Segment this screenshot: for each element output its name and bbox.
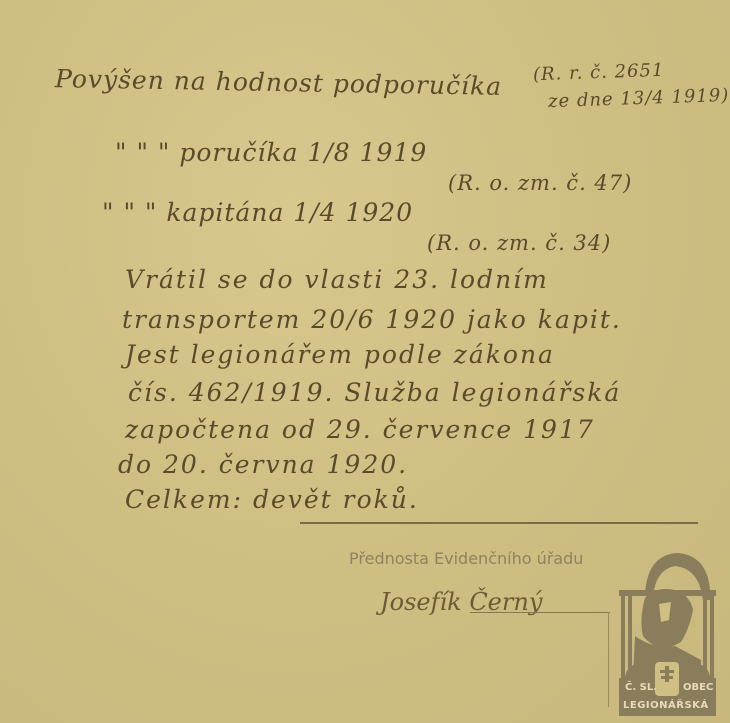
signature-flourish-tail [608, 612, 609, 707]
promotion-note-2: (R. o. zm. č. 47) [448, 171, 632, 195]
logo-text-left: Č. SL. [625, 682, 657, 693]
logo-text-right: OBEC [683, 682, 713, 693]
document-page: Povýšen na hodnost podporučíka (R. r. č.… [0, 0, 730, 723]
promotion-note-1b: ze dne 13/4 1919) [548, 85, 730, 112]
body-line: transportem 20/6 1920 jako kapit. [122, 305, 622, 334]
legion-logo: Č. SL. OBEC LEGIONÁŘSKÁ [615, 550, 720, 718]
total-line: Celkem: devět roků. [125, 485, 419, 514]
logo-text-bottom: LEGIONÁŘSKÁ [623, 700, 709, 711]
office-stamp: Přednosta Evidenčního úřadu [349, 549, 583, 568]
promotion-note-1a: (R. r. č. 2651 [533, 60, 665, 86]
body-line: započtena od 29. července 1917 [125, 415, 595, 444]
promotion-line-3: " " " kapitána 1/4 1920 [102, 198, 413, 227]
body-line: čís. 462/1919. Služba legionářská [128, 378, 621, 407]
divider-line [300, 522, 698, 524]
body-line: do 20. června 1920. [118, 450, 408, 479]
signature-flourish [470, 612, 610, 613]
promotion-note-3: (R. o. zm. č. 34) [427, 231, 611, 255]
body-line: Jest legionářem podle zákona [125, 340, 555, 369]
promotion-line-1: Povýšen na hodnost podporučíka [55, 64, 503, 101]
body-line: Vrátil se do vlasti 23. lodním [125, 265, 549, 294]
promotion-line-2: " " " poručíka 1/8 1919 [115, 138, 427, 167]
